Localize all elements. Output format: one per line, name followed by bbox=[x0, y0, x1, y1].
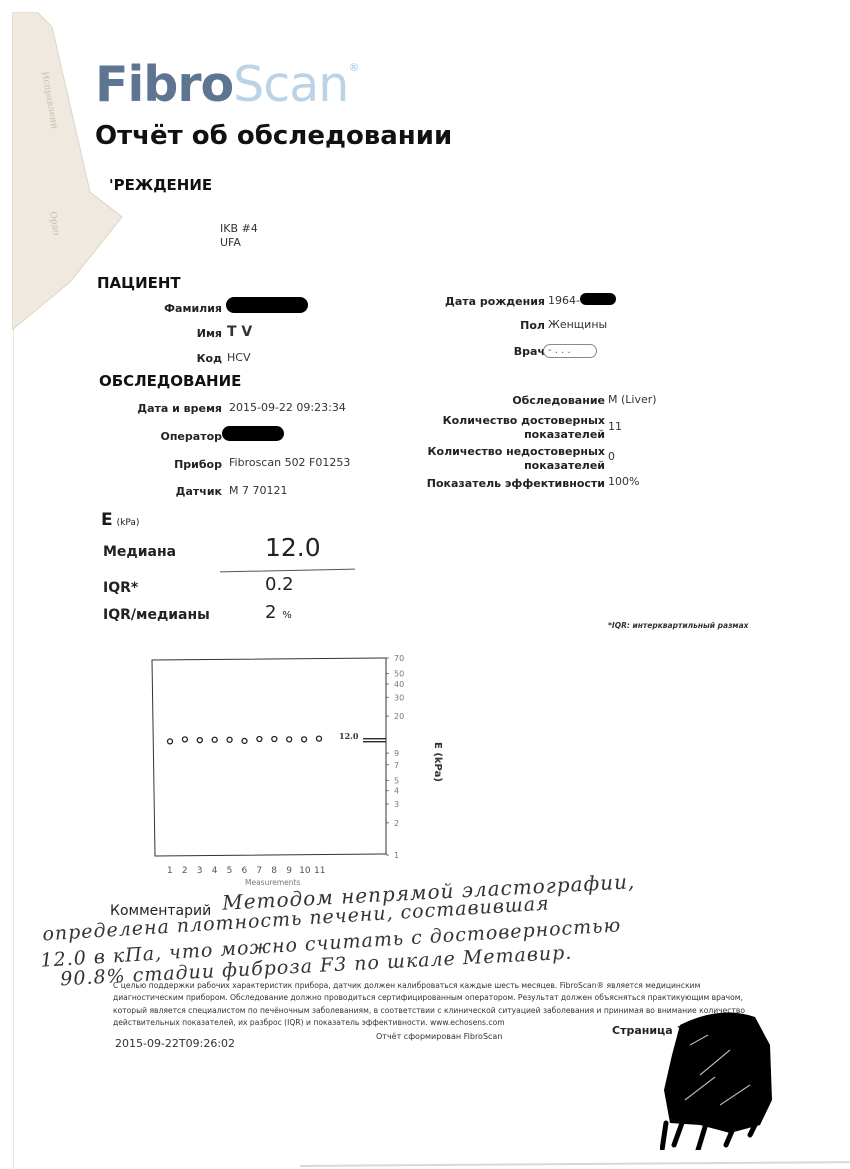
exam-heading: ОБСЛЕДОВАНИЕ bbox=[99, 372, 241, 390]
iqr-ratio-unit: % bbox=[282, 610, 292, 621]
svg-text:50: 50 bbox=[394, 670, 404, 679]
datetime-value: 2015-09-22 09:23:34 bbox=[229, 401, 346, 414]
svg-text:4: 4 bbox=[394, 787, 399, 796]
median-label: Медиана bbox=[103, 544, 176, 560]
svg-text:7: 7 bbox=[256, 866, 262, 876]
signature-scribble-redaction bbox=[660, 1005, 780, 1150]
svg-text:3: 3 bbox=[197, 866, 203, 876]
svg-text:1: 1 bbox=[167, 866, 173, 876]
device-value: Fibroscan 502 F01253 bbox=[229, 456, 350, 469]
svg-text:40: 40 bbox=[394, 680, 404, 689]
stiffness-heading: E(kPa) bbox=[101, 510, 139, 530]
surname-label: Фамилия bbox=[164, 302, 222, 315]
fibroscan-logo: FibroScan® bbox=[95, 60, 358, 109]
operator-redaction bbox=[222, 426, 284, 441]
median-value: 12.0 bbox=[265, 533, 321, 562]
valid-count-label-2: показателей bbox=[524, 428, 605, 441]
svg-text:3: 3 bbox=[394, 800, 399, 809]
invalid-count-value: 0 bbox=[608, 450, 615, 463]
report-title: Отчёт об обследовании bbox=[95, 121, 452, 151]
stiffness-unit: (kPa) bbox=[117, 518, 140, 528]
svg-text:Measurements: Measurements bbox=[245, 878, 300, 887]
sex-value: Женщины bbox=[548, 318, 607, 331]
doctor-label: Врач bbox=[514, 345, 545, 358]
page-bottom-edge bbox=[300, 1161, 850, 1167]
invalid-count-label-1: Количество недостоверных bbox=[428, 445, 605, 458]
svg-text:7: 7 bbox=[394, 761, 399, 770]
svg-text:30: 30 bbox=[394, 693, 404, 702]
exam-type-value: M (Liver) bbox=[608, 393, 657, 406]
probe-value: M 7 70121 bbox=[229, 484, 287, 497]
valid-count-value: 11 bbox=[608, 420, 622, 433]
device-label: Прибор bbox=[174, 458, 222, 471]
svg-text:2: 2 bbox=[182, 866, 188, 876]
doctor-redaction: - . . . bbox=[543, 344, 597, 358]
svg-text:12.0: 12.0 bbox=[339, 731, 359, 741]
svg-text:70: 70 bbox=[394, 654, 404, 663]
svg-text:2: 2 bbox=[394, 819, 399, 828]
exam-type-label: Обследование bbox=[512, 394, 605, 407]
dob-value: 1964- bbox=[548, 294, 580, 307]
invalid-count-label-2: показателей bbox=[524, 459, 605, 472]
report-timestamp: 2015-09-22T09:26:02 bbox=[115, 1037, 235, 1050]
dob-redaction bbox=[580, 293, 616, 305]
operator-label: Оператор bbox=[160, 430, 222, 443]
datetime-label: Дата и время bbox=[137, 402, 222, 415]
svg-text:6: 6 bbox=[242, 866, 248, 876]
logo-fibro: Fibro bbox=[95, 56, 233, 113]
dob-label: Дата рождения bbox=[445, 295, 545, 308]
institution-line-1: IKB #4 bbox=[220, 222, 258, 235]
svg-text:8: 8 bbox=[271, 866, 277, 876]
logo-registered-mark: ® bbox=[348, 61, 358, 74]
probe-label: Датчик bbox=[176, 485, 222, 498]
logo-scan: Scan bbox=[233, 56, 348, 113]
name-label: Имя bbox=[197, 327, 222, 340]
iqr-label: IQR* bbox=[103, 580, 138, 596]
iqr-value: 0.2 bbox=[265, 574, 294, 595]
patient-heading: ПАЦИЕНТ bbox=[97, 274, 181, 292]
svg-text:9: 9 bbox=[286, 866, 292, 876]
sex-label: Пол bbox=[520, 319, 545, 332]
valid-count-label-1: Количество достоверных bbox=[443, 414, 605, 427]
surname-redaction bbox=[226, 297, 308, 313]
svg-text:9: 9 bbox=[394, 749, 399, 758]
success-rate-label: Показатель эффективности bbox=[427, 477, 605, 490]
success-rate-value: 100% bbox=[608, 475, 639, 488]
svg-text:5: 5 bbox=[227, 866, 233, 876]
code-label: Код bbox=[197, 352, 222, 365]
svg-text:4: 4 bbox=[212, 866, 218, 876]
svg-text:E (kPa): E (kPa) bbox=[432, 742, 443, 782]
svg-text:10: 10 bbox=[299, 866, 311, 876]
svg-text:5: 5 bbox=[394, 776, 399, 785]
code-value: HCV bbox=[227, 351, 250, 364]
median-underline bbox=[220, 569, 355, 573]
iqr-ratio-number: 2 bbox=[265, 602, 276, 623]
measurements-chart: 12345792030405070E (kPa)123456789101112.… bbox=[140, 650, 470, 890]
svg-text:11: 11 bbox=[314, 866, 325, 876]
iqr-footnote: *IQR: интерквартильный размах bbox=[608, 621, 748, 630]
institution-heading: 'РЕЖДЕНИЕ bbox=[109, 176, 212, 194]
svg-text:20: 20 bbox=[394, 712, 404, 721]
svg-text:1: 1 bbox=[394, 851, 399, 860]
name-value: T V bbox=[227, 324, 252, 340]
generated-by: Отчёт сформирован FibroScan bbox=[376, 1032, 502, 1041]
institution-line-2: UFA bbox=[220, 236, 241, 249]
iqr-ratio-label: IQR/медианы bbox=[103, 607, 210, 623]
stiffness-symbol: E bbox=[101, 510, 113, 530]
iqr-ratio-value: 2 % bbox=[265, 602, 292, 623]
